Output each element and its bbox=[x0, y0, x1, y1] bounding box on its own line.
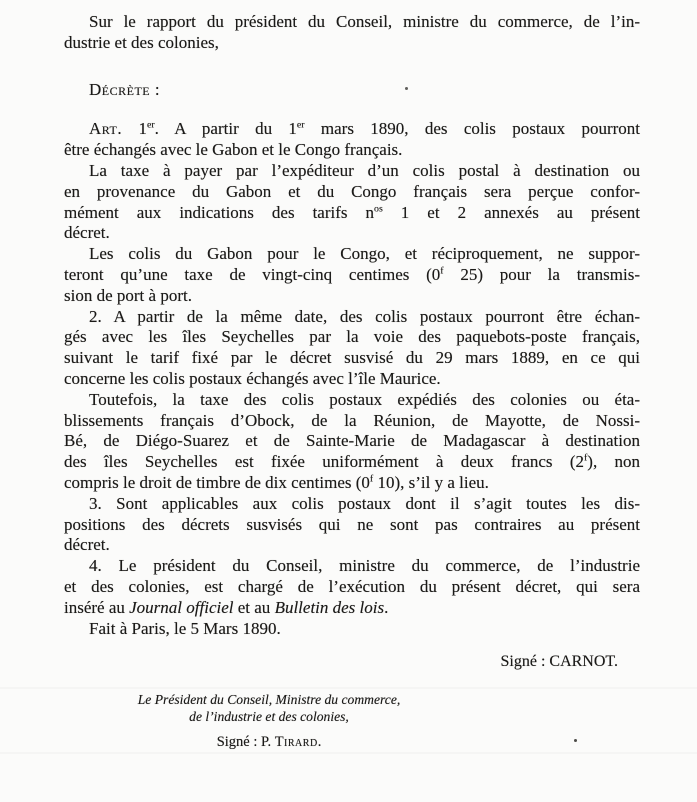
text-segment: dustrie et des colonies, bbox=[64, 33, 219, 52]
text-segment: sion de port à port. bbox=[64, 286, 192, 305]
text-segment: 4. Le président du Conseil, ministre du … bbox=[89, 556, 640, 575]
text-line: dustrie et des colonies, bbox=[64, 33, 640, 54]
text-segment: Décrète : bbox=[89, 80, 160, 99]
text-line: en provenance du Gabon et du Congo franç… bbox=[64, 182, 640, 203]
signature-carnot: Signé : CARNOT. bbox=[64, 652, 640, 672]
article-4-paragraph: 4. Le président du Conseil, ministre du … bbox=[64, 556, 640, 618]
text-segment: 2. A partir de la même date, des colis p… bbox=[89, 307, 640, 326]
text-segment: mars 1890, des colis postaux pourront bbox=[305, 119, 640, 138]
text-segment: positions des décrets susvisés qui ne so… bbox=[64, 515, 640, 534]
scan-streak bbox=[0, 687, 697, 689]
text-line: inséré au Journal officiel et au Bulleti… bbox=[64, 598, 640, 619]
text-line: sion de port à port. bbox=[64, 286, 640, 307]
text-segment: . bbox=[318, 734, 322, 750]
article-1-gabon-congo-paragraph: Les colis du Gabon pour le Congo, et réc… bbox=[64, 244, 640, 306]
text-line: blissements français d’Obock, de la Réun… bbox=[64, 411, 640, 432]
text-line: décret. bbox=[64, 223, 640, 244]
text-segment: décret. bbox=[64, 535, 110, 554]
text-line: compris le droit de timbre de dix centim… bbox=[64, 473, 640, 494]
text-segment: Bulletin des lois bbox=[275, 598, 385, 617]
text-segment: Fait à Paris, le 5 Mars 1890. bbox=[89, 619, 281, 638]
text-segment: ), non bbox=[587, 452, 640, 471]
ink-speck bbox=[574, 739, 577, 742]
text-line: être échangés avec le Gabon et le Congo … bbox=[64, 140, 640, 161]
text-segment: os bbox=[374, 203, 383, 214]
text-segment: et des colonies, est chargé de l’exécuti… bbox=[64, 577, 640, 596]
text-segment: . A partir du 1 bbox=[155, 119, 297, 138]
article-2-toutefois-paragraph: Toutefois, la taxe des colis postaux exp… bbox=[64, 390, 640, 494]
text-segment: Journal officiel bbox=[129, 598, 233, 617]
text-line: positions des décrets susvisés qui ne so… bbox=[64, 515, 640, 536]
text-line: Signé : CARNOT. bbox=[64, 652, 640, 672]
text-segment: décret. bbox=[64, 223, 110, 242]
decree-text-block: Sur le rapport du président du Conseil, … bbox=[64, 12, 640, 751]
text-segment: Le Président du Conseil, Ministre du com… bbox=[138, 692, 401, 707]
text-line: décret. bbox=[64, 535, 640, 556]
text-segment: Bé, de Diégo-Suarez et de Sainte-Marie d… bbox=[64, 431, 640, 450]
minister-title-block: Le Président du Conseil, Ministre du com… bbox=[114, 692, 424, 725]
text-segment: Toutefois, la taxe des colis postaux exp… bbox=[89, 390, 640, 409]
text-segment: des îles Seychelles est fixée uniforméme… bbox=[64, 452, 584, 471]
date-line: Fait à Paris, le 5 Mars 1890. bbox=[64, 619, 640, 640]
scan-streak bbox=[0, 752, 697, 754]
text-segment: gés avec les îles Seychelles par la voie… bbox=[64, 327, 640, 346]
text-segment: Sur le rapport du président du Conseil, … bbox=[89, 12, 640, 31]
text-segment: mément aux indications des tarifs n bbox=[64, 203, 374, 222]
article-3-paragraph: 3. Sont applicables aux colis postaux do… bbox=[64, 494, 640, 556]
decree-word: Décrète : bbox=[64, 80, 640, 101]
text-segment: être échangés avec le Gabon et le Congo … bbox=[64, 140, 402, 159]
text-line: Les colis du Gabon pour le Congo, et réc… bbox=[64, 244, 640, 265]
text-segment: 1 et 2 annexés au présent bbox=[383, 203, 640, 222]
text-segment: Signé : CARNOT. bbox=[501, 653, 618, 670]
text-line: Bé, de Diégo-Suarez et de Sainte-Marie d… bbox=[64, 431, 640, 452]
text-line: des îles Seychelles est fixée uniforméme… bbox=[64, 452, 640, 473]
scanned-document-page: Sur le rapport du président du Conseil, … bbox=[0, 0, 697, 802]
text-segment: 1 bbox=[122, 119, 147, 138]
article-1-opening: Art. 1er. A partir du 1er mars 1890, des… bbox=[64, 119, 640, 161]
text-segment: Art. bbox=[89, 119, 122, 138]
text-line: Art. 1er. A partir du 1er mars 1890, des… bbox=[64, 119, 640, 140]
text-segment: en provenance du Gabon et du Congo franç… bbox=[64, 182, 640, 201]
text-line: teront qu’une taxe de vingt-cinq centime… bbox=[64, 265, 640, 286]
text-segment: . bbox=[384, 598, 388, 617]
text-segment: compris le droit de timbre de dix centim… bbox=[64, 473, 370, 492]
text-segment: er bbox=[147, 120, 155, 131]
article-2-paragraph: 2. A partir de la même date, des colis p… bbox=[64, 307, 640, 390]
text-segment: Signé : P. bbox=[217, 734, 275, 750]
intro-paragraph: Sur le rapport du président du Conseil, … bbox=[64, 12, 640, 54]
text-segment: 25) pour la transmis- bbox=[444, 265, 640, 284]
text-segment: suivant le tarif fixé par le décret susv… bbox=[64, 348, 640, 367]
text-line: suivant le tarif fixé par le décret susv… bbox=[64, 348, 640, 369]
text-line: 3. Sont applicables aux colis postaux do… bbox=[64, 494, 640, 515]
text-line: 4. Le président du Conseil, ministre du … bbox=[64, 556, 640, 577]
text-segment: er bbox=[297, 120, 305, 131]
text-segment: de l’industrie et des colonies, bbox=[189, 709, 349, 724]
text-line: gés avec les îles Seychelles par la voie… bbox=[64, 327, 640, 348]
ink-speck bbox=[405, 87, 408, 90]
text-line: mément aux indications des tarifs nos 1 … bbox=[64, 203, 640, 224]
text-segment: et au bbox=[233, 598, 274, 617]
text-line: concerne les colis postaux échangés avec… bbox=[64, 369, 640, 390]
text-line: Toutefois, la taxe des colis postaux exp… bbox=[64, 390, 640, 411]
text-segment: blissements français d’Obock, de la Réun… bbox=[64, 411, 640, 430]
text-line: de l’industrie et des colonies, bbox=[114, 709, 424, 726]
text-line: Fait à Paris, le 5 Mars 1890. bbox=[64, 619, 640, 640]
text-line: et des colonies, est chargé de l’exécuti… bbox=[64, 577, 640, 598]
text-line: Signé : P. Tirard. bbox=[114, 733, 424, 751]
text-line: La taxe à payer par l’expéditeur d’un co… bbox=[64, 161, 640, 182]
text-segment: Les colis du Gabon pour le Congo, et réc… bbox=[89, 244, 640, 263]
text-segment: teront qu’une taxe de vingt-cinq centime… bbox=[64, 265, 440, 284]
signature-tirard: Signé : P. Tirard. bbox=[114, 733, 424, 751]
article-1-tax-paragraph: La taxe à payer par l’expéditeur d’un co… bbox=[64, 161, 640, 244]
text-line: 2. A partir de la même date, des colis p… bbox=[64, 307, 640, 328]
text-segment: La taxe à payer par l’expéditeur d’un co… bbox=[89, 161, 640, 180]
text-segment: 3. Sont applicables aux colis postaux do… bbox=[89, 494, 640, 513]
text-segment: 10), s’il y a lieu. bbox=[373, 473, 489, 492]
text-segment: concerne les colis postaux échangés avec… bbox=[64, 369, 441, 388]
text-line: Décrète : bbox=[64, 80, 640, 101]
text-line: Le Président du Conseil, Ministre du com… bbox=[114, 692, 424, 709]
text-line: Sur le rapport du président du Conseil, … bbox=[64, 12, 640, 33]
text-segment: inséré au bbox=[64, 598, 129, 617]
text-segment: Tirard bbox=[275, 734, 318, 750]
